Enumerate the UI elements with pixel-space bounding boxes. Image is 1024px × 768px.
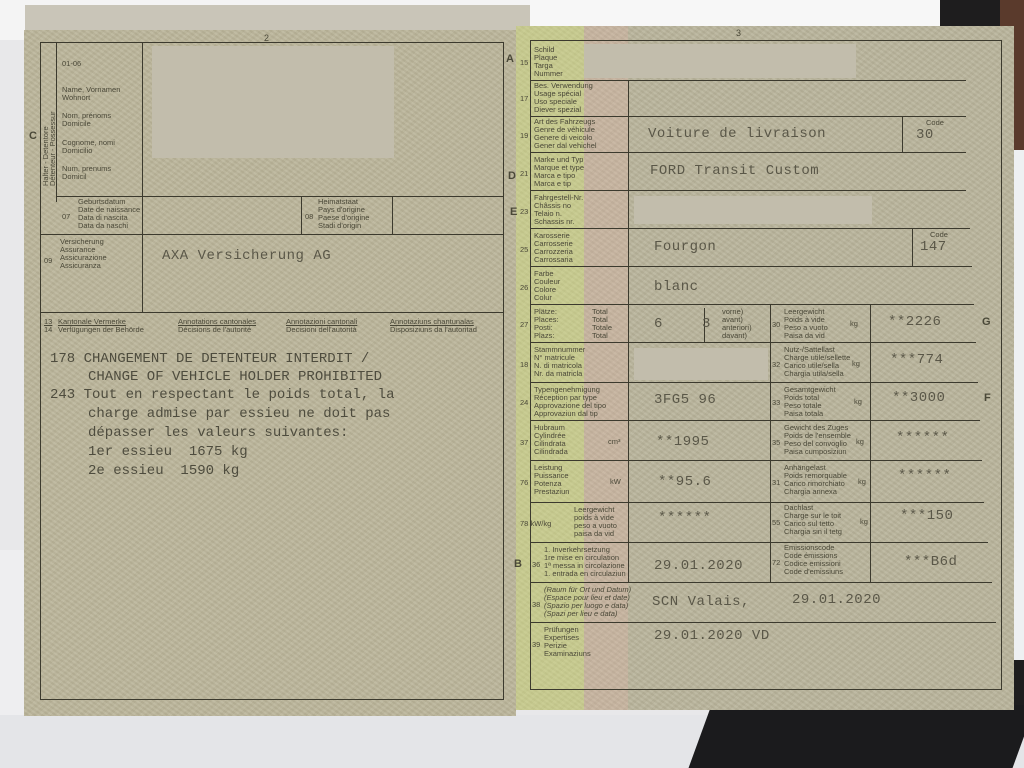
holder-vertical-label-2: Détenteur - Possessur — [49, 111, 57, 186]
placedate-labels: (Raum für Ort und Datum)(Espace pour lie… — [544, 586, 631, 618]
chassis-labels: Fahrgestell-Nr.Châssis noTelaio n.Schass… — [534, 194, 583, 226]
placedate-place: SCN Valais, — [652, 594, 750, 610]
color-labels: FarbeCouleurColoreColur — [534, 270, 560, 302]
inspections-value: 29.01.2020 VD — [654, 628, 770, 644]
placedate-code: 38 — [532, 600, 540, 609]
seats-labels: Plätze:Places:Posti:Plazs: — [534, 308, 559, 340]
make-code: 21 — [520, 169, 528, 178]
firstreg-code: 36 — [532, 560, 540, 569]
color-value: blanc — [654, 279, 699, 295]
make-labels: Marke und TypMarque et typeMarca e tipoM… — [534, 156, 584, 188]
displacement-code: 37 — [520, 438, 528, 447]
approval-code: 24 — [520, 398, 528, 407]
side-marker-b: B — [514, 558, 522, 570]
insurance-labels: Versicherung Assurance Assicurazione Ass… — [60, 238, 107, 270]
birthdate-code: 07 — [62, 212, 70, 221]
seats-front-labels: vorne)avant)anteriori)davant) — [722, 308, 752, 340]
power-value: **95.6 — [658, 474, 711, 490]
powerweight-labels: Leergewichtpoids à videpeso a vuotopaisa… — [574, 506, 617, 538]
color-code: 26 — [520, 283, 528, 292]
placedate-date: 29.01.2020 — [792, 592, 881, 608]
body-code-value: 147 — [920, 239, 947, 255]
seats-code: 27 — [520, 320, 528, 329]
redacted-chassis — [634, 196, 872, 224]
remarks-header-rm: Annotaziuns chantunalasDisposiziuns da l… — [390, 318, 477, 334]
remarks-header-de: Kantonale VermerkeVerfügungen der Behörd… — [58, 318, 144, 334]
remark-243-axle2: 2e essieu 1590 kg — [88, 462, 239, 481]
vehicle-type-value: Voiture de livraison — [648, 126, 826, 142]
displacement-value: **1995 — [656, 434, 709, 450]
side-marker-g: G — [982, 316, 991, 328]
total-weight-labels: GesamtgewichtPoids totalPeso totalePaisa… — [784, 386, 836, 418]
emission-code: 72 — [772, 558, 780, 567]
payload-value: ***774 — [890, 352, 943, 368]
vehicle-type-code-label: Code — [926, 118, 944, 127]
remarks-codes: 1314 — [44, 318, 52, 334]
seats-front-value: 3 — [702, 316, 711, 332]
emission-value: ***B6d — [904, 554, 957, 570]
insurance-code: 09 — [44, 256, 52, 265]
empty-weight-labels: LeergewichtPoids à videPeso a vuotoPaisa… — [784, 308, 828, 340]
payload-labels: Nutz-/SattellastCharge utile/selletteCar… — [784, 346, 850, 378]
remarks-header-fr: Annotations cantonalesDécisions de l'aut… — [178, 318, 256, 334]
remark-243: 243 Tout en respectant le poids total, l… — [50, 386, 394, 405]
side-marker-a: A — [506, 53, 514, 65]
origin-labels: Heimatstaat Pays d'origine Paese d'origi… — [318, 198, 369, 230]
power-unit: kW — [610, 478, 621, 486]
displacement-unit: cm³ — [608, 438, 621, 446]
document-page-right: 3 A D E B G F 15 SchildPlaqueTargaNummer… — [516, 26, 1014, 710]
holder-label-it: Cognome, nomiDomicilio — [62, 139, 115, 155]
side-marker-e: E — [510, 206, 517, 218]
roof-value: ***150 — [900, 508, 953, 524]
total-weight-value: **3000 — [892, 390, 945, 406]
approval-value: 3FG5 96 — [654, 392, 716, 408]
special-use-code: 17 — [520, 94, 528, 103]
vehicle-type-code: 19 — [520, 131, 528, 140]
roof-labels: DachlastCharge sur le toitCarico sul tet… — [784, 504, 842, 536]
chassis-code: 23 — [520, 207, 528, 216]
regnum-labels: StammnummerN° matriculeN. di matricolaNr… — [534, 346, 585, 378]
firstreg-labels: 1. Inverkehrsetzung1re mise en circulati… — [544, 546, 626, 578]
plate-labels: SchildPlaqueTargaNummer — [534, 46, 563, 78]
train-weight-unit: kg — [856, 438, 864, 446]
plate-code: 15 — [520, 58, 528, 67]
remarks-header-it: Annotazioni cantonaliDecisioni dell'auto… — [286, 318, 357, 334]
empty-weight-unit: kg — [850, 320, 858, 328]
holder-label-fr: Nom, prénomsDomicile — [62, 112, 111, 128]
powerweight-value: ****** — [658, 510, 711, 526]
body-code-label: Code — [930, 230, 948, 239]
redacted-plate — [584, 44, 856, 78]
background-bottom-dark — [689, 705, 1024, 768]
remark-178: 178 CHANGEMENT DE DETENTEUR INTERDIT / — [50, 350, 369, 369]
section-marker-c: C — [29, 130, 37, 142]
regnum-code: 18 — [520, 360, 528, 369]
seats-total-labels: TotalTotalTotaleTotal — [592, 308, 612, 340]
seats-total-value: 6 — [654, 316, 663, 332]
powerweight-code: 78 kW/kg — [520, 520, 551, 528]
page-number: 3 — [736, 28, 741, 38]
make-model-value: FORD Transit Custom — [650, 163, 819, 179]
train-weight-labels: Gewicht des ZugesPoids de l'ensemblePeso… — [784, 424, 851, 456]
power-labels: LeistungPuissancePotenzaPrestaziun — [534, 464, 569, 496]
payload-code: 32 — [772, 360, 780, 369]
vehicle-type-code-value: 30 — [916, 127, 934, 143]
special-use-labels: Bes. VerwendungUsage spécialUso speciale… — [534, 82, 593, 114]
vehicle-type-labels: Art des FahrzeugsGenre de véhiculeGenere… — [534, 118, 597, 150]
train-weight-code: 35 — [772, 438, 780, 447]
trailer-unit: kg — [858, 478, 866, 486]
remark-243-line3: dépasser les valeurs suivantes: — [88, 424, 348, 443]
power-code: 76 — [520, 478, 528, 487]
redacted-regnum — [634, 348, 768, 380]
trailer-labels: AnhängelastPoids remorquableCarico rimor… — [784, 464, 847, 496]
emission-labels: EmissionscodeCode émissionsCodice emissi… — [784, 544, 843, 576]
body-value: Fourgon — [654, 239, 716, 255]
origin-code: 08 — [305, 212, 313, 221]
displacement-labels: HubraumCylindréeCilindrataCilindrada — [534, 424, 568, 456]
document-page-left: 2 C Halter - Detentore Détenteur - Posse… — [24, 30, 516, 716]
insurance-value: AXA Versicherung AG — [162, 248, 331, 264]
total-weight-unit: kg — [854, 398, 862, 406]
payload-unit: kg — [852, 360, 860, 368]
holder-label-de: Name, VornamenWohnort — [62, 86, 120, 102]
approval-labels: TypengenehmigungRéception par typeApprov… — [534, 386, 606, 418]
birthdate-labels: Geburtsdatum Date de naissance Data di n… — [78, 198, 140, 230]
remark-178-line2: CHANGE OF VEHICLE HOLDER PROHIBITED — [88, 368, 382, 387]
empty-weight-value: **2226 — [888, 314, 941, 330]
roof-code: 55 — [772, 518, 780, 527]
trailer-code: 31 — [772, 478, 780, 487]
side-marker-d: D — [508, 170, 516, 182]
remark-243-axle1: 1er essieu 1675 kg — [88, 443, 248, 462]
inspections-code: 39 — [532, 640, 540, 649]
trailer-value: ****** — [898, 468, 951, 484]
train-weight-value: ****** — [896, 430, 949, 446]
inspections-labels: PrüfungenExpertisesPerizieExaminaziuns — [544, 626, 591, 658]
body-code: 25 — [520, 245, 528, 254]
holder-code: 01-06 — [62, 60, 81, 68]
firstreg-value: 29.01.2020 — [654, 558, 743, 574]
remark-243-line2: charge admise par essieu ne doit pas — [88, 405, 390, 424]
roof-unit: kg — [860, 518, 868, 526]
body-labels: KarosserieCarrosserieCarrozzeriaCarrossa… — [534, 232, 573, 264]
redacted-holder-name — [152, 46, 394, 158]
side-marker-f: F — [984, 392, 991, 404]
holder-label-rm: Num, prenumsDomicil — [62, 165, 111, 181]
total-weight-code: 33 — [772, 398, 780, 407]
empty-weight-code: 30 — [772, 320, 780, 329]
